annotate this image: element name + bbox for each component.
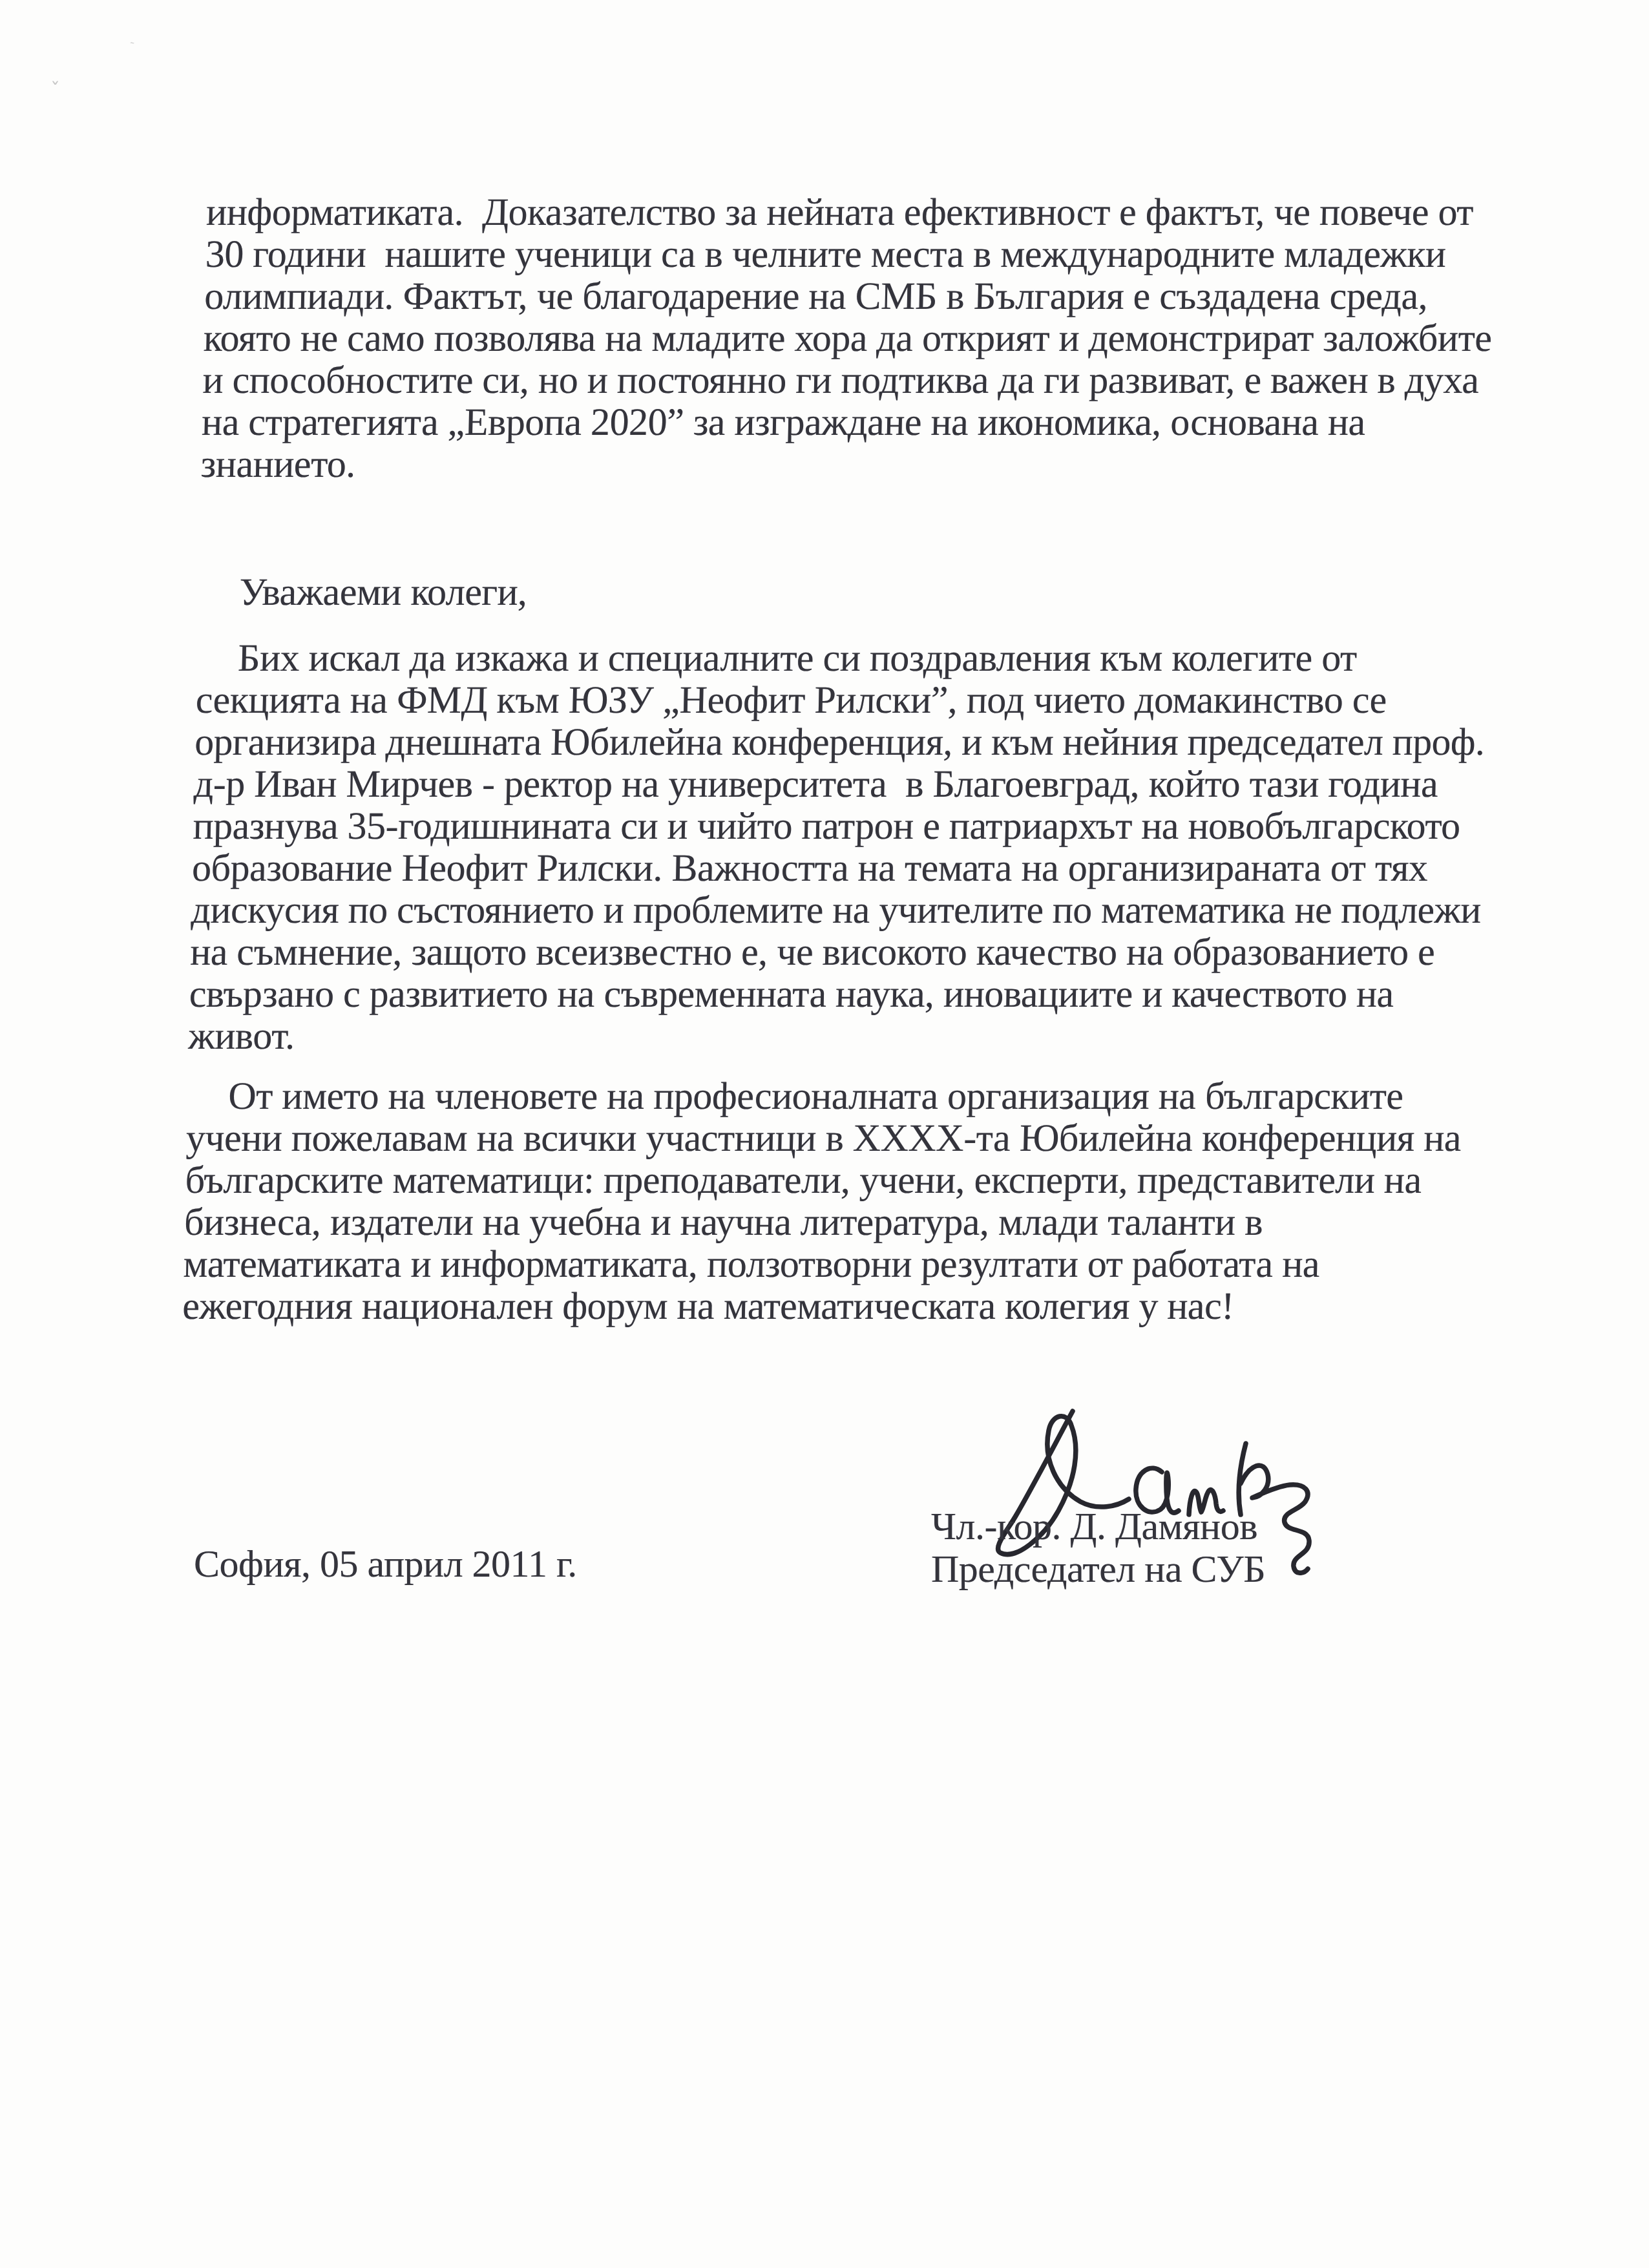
text-line: дискусия по състоянието и проблемите на … bbox=[191, 889, 1475, 931]
text-line: организира днешната Юбилейна конференция… bbox=[194, 721, 1477, 763]
salutation: Уважаеми колеги, bbox=[198, 571, 1488, 613]
paragraph-congratulations: Бих искал да изкажа и специалните си поз… bbox=[188, 637, 1487, 1057]
signatory-title: Председател на СУБ bbox=[931, 1548, 1265, 1590]
text-line: Бих искал да изкажа и специалните си поз… bbox=[196, 637, 1487, 679]
text-line: знанието. bbox=[200, 443, 1491, 485]
text-line: От името на членовете на професионалната… bbox=[187, 1075, 1477, 1117]
scan-speck-icon: ` bbox=[128, 37, 146, 57]
text-line: която не само позволява на младите хора … bbox=[203, 317, 1493, 359]
text-line: ежегодния национален форум на математиче… bbox=[182, 1285, 1473, 1327]
scanned-letter-page: ` ˇ информатиката. Доказателство за нейн… bbox=[0, 0, 1649, 2268]
text-line: математиката и информатиката, ползотворн… bbox=[183, 1243, 1473, 1285]
text-line: на стратегията „Европа 2020” за изгражда… bbox=[201, 401, 1491, 443]
text-line: бизнеса, издатели на учебна и научна лит… bbox=[184, 1201, 1474, 1243]
text-line: образование Неофит Рилски. Важността на … bbox=[191, 847, 1482, 889]
salutation-line: Уважаеми колеги, bbox=[198, 571, 1488, 613]
text-line: секцията на ФМД към ЮЗУ „Неофит Рилски”,… bbox=[195, 679, 1486, 721]
paragraph-wishes: От името на членовете на професионалната… bbox=[182, 1075, 1478, 1327]
text-line: и способностите си, но и постоянно ги по… bbox=[202, 359, 1493, 401]
signatory-name: Чл.-кор. Д. Дамянов bbox=[931, 1506, 1257, 1548]
text-line: учени пожелавам на всички участници в ХХ… bbox=[185, 1117, 1476, 1159]
scan-speck-icon: ˇ bbox=[50, 81, 60, 101]
text-line: българските математици: преподаватели, у… bbox=[185, 1159, 1475, 1201]
text-line: информатиката. Доказателство за нейната … bbox=[206, 191, 1497, 233]
text-line: олимпиади. Фактът, че благодарение на СМ… bbox=[204, 275, 1495, 317]
place-date: София, 05 април 2011 г. bbox=[194, 1543, 577, 1585]
text-line: на съмнение, защото всеизвестно е, че ви… bbox=[190, 931, 1480, 973]
text-line: 30 години нашите ученици са в челните ме… bbox=[205, 233, 1495, 275]
text-line: празнува 35-годишнината си и чийто патро… bbox=[193, 805, 1483, 847]
text-line: д-р Иван Мирчев - ректор на университета… bbox=[193, 763, 1484, 805]
text-line: живот. bbox=[188, 1015, 1478, 1057]
text-line: свързано с развитието на съвременната на… bbox=[189, 973, 1479, 1015]
paragraph-effectiveness: информатиката. Доказателство за нейната … bbox=[200, 191, 1497, 485]
